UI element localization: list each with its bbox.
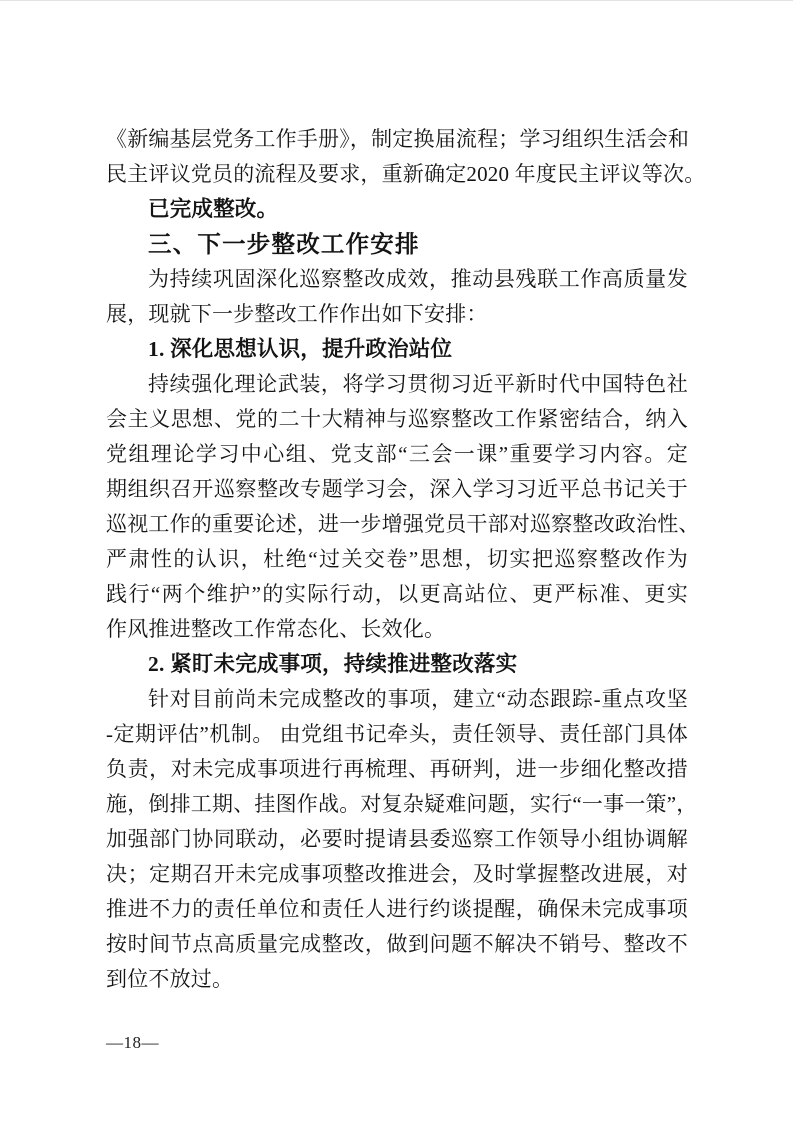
document-page: 《新编基层党务工作手册》，制定换届流程；学习组织生活会和民主评议党员的流程及要求… <box>0 0 793 1122</box>
completion-status-line: 已完成整改。 <box>106 192 688 227</box>
text-line: 展，现就下一步整改工作作出如下安排： <box>106 297 688 332</box>
text-line: 到位不放过。 <box>106 962 688 997</box>
text-line: 三、下一步整改工作安排 <box>106 227 688 262</box>
text-line: 针对目前尚未完成整改的事项，建立“动态跟踪-重点攻坚 <box>106 682 688 717</box>
text-line: 施，倒排工期、挂图作战。对复杂疑难问题，实行“一事一策”， <box>106 787 688 822</box>
text-line: 加强部门协同联动，必要时提请县委巡察工作领导小组协调解 <box>106 822 688 857</box>
section-3-heading: 三、下一步整改工作安排 <box>106 227 688 262</box>
item-2-heading: 2. 紧盯未完成事项，持续推进整改落实 <box>106 647 688 682</box>
scan-edge-artifact <box>0 0 793 1</box>
text-line: 巡视工作的重要论述，进一步增强党员干部对巡察整改政治性、 <box>106 507 688 542</box>
text-line: 党组理论学习中心组、党支部“三会一课”重要学习内容。定 <box>106 437 688 472</box>
text-line: 1. 深化思想认识，提升政治站位 <box>106 332 688 367</box>
text-line: 期组织召开巡察整改专题学习会，深入学习习近平总书记关于 <box>106 472 688 507</box>
item-1-heading: 1. 深化思想认识，提升政治站位 <box>106 332 688 367</box>
text-line: 持续强化理论武装，将学习贯彻习近平新时代中国特色社 <box>106 367 688 402</box>
section-3-intro-para: 为持续巩固深化巡察整改成效，推动县残联工作高质量发展，现就下一步整改工作作出如下… <box>106 262 688 332</box>
text-line: 决；定期召开未完成事项整改推进会，及时掌握整改进展，对 <box>106 857 688 892</box>
text-line: 践行“两个维护”的实际行动，以更高站位、更严标准、更实 <box>106 577 688 612</box>
text-line: -定期评估”机制。 由党组书记牵头，责任领导、责任部门具体 <box>106 717 688 752</box>
text-line: 作风推进整改工作常态化、长效化。 <box>106 612 688 647</box>
text-line: 按时间节点高质量完成整改，做到问题不解决不销号、整改不 <box>106 927 688 962</box>
para-continuation: 《新编基层党务工作手册》，制定换届流程；学习组织生活会和民主评议党员的流程及要求… <box>106 122 688 192</box>
page-number: —18— <box>106 1032 159 1054</box>
text-line: 《新编基层党务工作手册》，制定换届流程；学习组织生活会和 <box>106 122 688 157</box>
text-line: 为持续巩固深化巡察整改成效，推动县残联工作高质量发 <box>106 262 688 297</box>
text-line: 民主评议党员的流程及要求，重新确定2020 年度民主评议等次。 <box>106 157 688 192</box>
text-line: 2. 紧盯未完成事项，持续推进整改落实 <box>106 647 688 682</box>
item-2-para: 针对目前尚未完成整改的事项，建立“动态跟踪-重点攻坚-定期评估”机制。 由党组书… <box>106 682 688 997</box>
item-1-para: 持续强化理论武装，将学习贯彻习近平新时代中国特色社会主义思想、党的二十大精神与巡… <box>106 367 688 647</box>
text-line: 已完成整改。 <box>106 192 688 227</box>
text-line: 推进不力的责任单位和责任人进行约谈提醒，确保未完成事项 <box>106 892 688 927</box>
text-line: 负责，对未完成事项进行再梳理、再研判，进一步细化整改措 <box>106 752 688 787</box>
document-content: 《新编基层党务工作手册》，制定换届流程；学习组织生活会和民主评议党员的流程及要求… <box>106 122 688 997</box>
text-line: 严肃性的认识，杜绝“过关交卷”思想，切实把巡察整改作为 <box>106 542 688 577</box>
text-line: 会主义思想、党的二十大精神与巡察整改工作紧密结合，纳入 <box>106 402 688 437</box>
